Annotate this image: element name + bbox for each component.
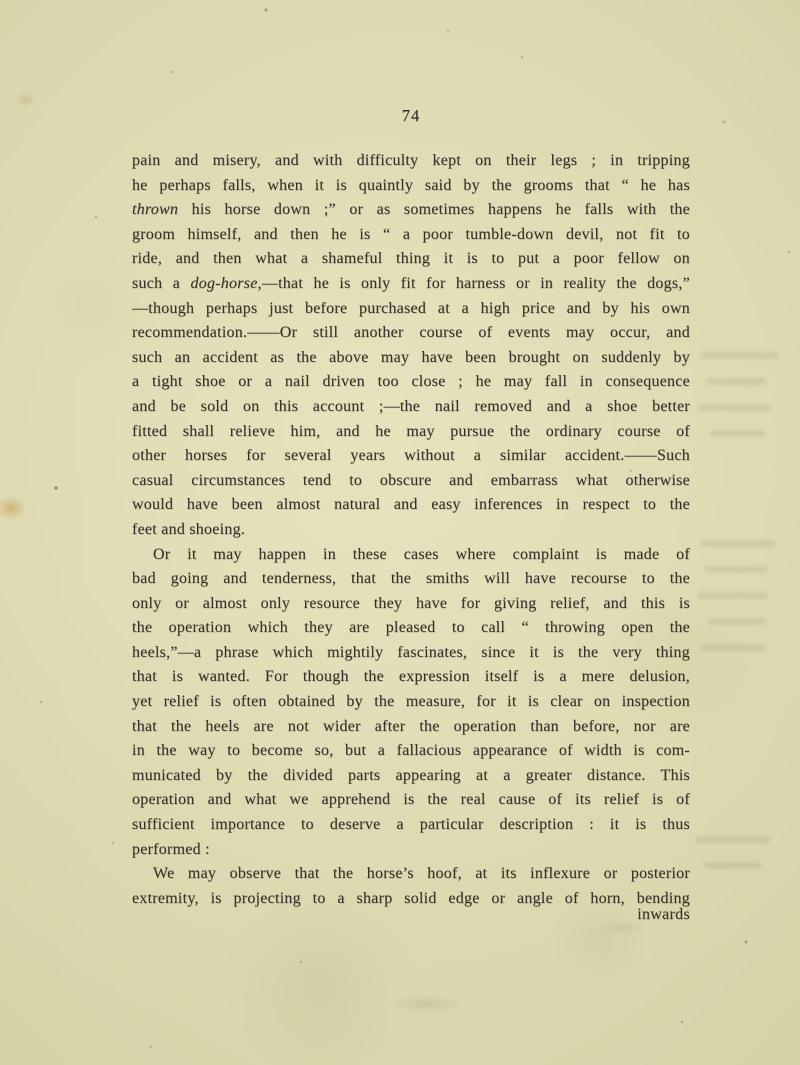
text-segment: casual circumstances tend to obscure and… [132,472,690,489]
text-segment: extremity, is projecting to a sharp soli… [132,890,690,907]
showthrough-mark [705,566,767,573]
text-segment: yet relief is often obtained by the meas… [132,693,690,710]
text-segment: We may observe that the horse’s hoof, at… [153,865,690,882]
text-line: he perhaps falls, when it is quaintly sa… [132,174,690,199]
text-line: pain and misery, and with difficulty kep… [132,149,690,174]
showthrough-mark [710,430,765,437]
text-segment: a tight shoe or a nail driven too close … [132,373,690,390]
text-line: only or almost only resource they have f… [132,592,690,617]
text-line: bad going and tenderness, that the smith… [132,567,690,592]
text-line: sufficient importance to deserve a parti… [132,813,690,838]
text-line: the operation which they are pleased to … [132,616,690,641]
text-line: municated by the divided parts appearing… [132,764,690,789]
showthrough-mark [700,644,766,651]
text-line: that the heels are not wider after the o… [132,715,690,740]
text-segment: groom himself, and then he is “ a poor t… [132,226,690,243]
text-segment: such an accident as the above may have b… [132,349,690,366]
catchword: inwards [637,906,690,924]
text-segment: would have been almost natural and easy … [132,496,690,513]
text-line: such a dog-horse,—that he is only fit fo… [132,272,690,297]
text-line: recommendation.——Or still another course… [132,321,690,346]
foxing-stain [16,92,36,107]
text-segment: the operation which they are pleased to … [132,619,690,636]
italic-text: thrown [132,201,178,218]
text-segment: in the way to become so, but a fallaciou… [132,742,690,759]
text-line: groom himself, and then he is “ a poor t… [132,223,690,248]
text-segment: ride, and then what a shameful thing it … [132,250,690,267]
text-line: operation and what we apprehend is the r… [132,788,690,813]
text-line: such an accident as the above may have b… [132,346,690,371]
text-line: yet relief is often obtained by the meas… [132,690,690,715]
text-segment: feet and shoeing. [132,521,245,538]
text-segment: —though perhaps just before purchased at… [132,300,690,317]
showthrough-mark [698,404,770,411]
text-segment: Or it may happen in these cases where co… [153,546,690,563]
text-segment: fitted shall relieve him, and he may pur… [132,423,690,440]
page-number: 74 [132,106,690,126]
italic-text: dog-horse [190,275,257,292]
text-line: We may observe that the horse’s hoof, at… [132,862,690,887]
text-line: in the way to become so, but a fallaciou… [132,739,690,764]
paper-specks [0,0,2,2]
showthrough-mark [706,378,766,385]
text-line: extremity, is projecting to a sharp soli… [132,887,690,912]
body-text: pain and misery, and with difficulty kep… [132,149,690,911]
text-segment: such a [132,275,190,292]
showthrough-mark [700,352,778,359]
text-segment: he perhaps falls, when it is quaintly sa… [132,177,690,194]
text-segment: heels,”—a phrase which mightily fascinat… [132,644,690,661]
text-line: fitted shall relieve him, and he may pur… [132,420,690,445]
text-line: performed : [132,838,690,863]
text-line: feet and shoeing. [132,518,690,543]
text-line: Or it may happen in these cases where co… [132,543,690,568]
text-line: thrown his horse down ;” or as sometimes… [132,198,690,223]
showthrough-mark [700,540,775,547]
showthrough-mark [696,836,770,843]
text-segment: only or almost only resource they have f… [132,595,690,612]
text-line: —though perhaps just before purchased at… [132,297,690,322]
text-segment: ,—that he is only fit for harness or in … [258,275,690,292]
text-segment: performed : [132,841,210,858]
text-line: a tight shoe or a nail driven too close … [132,370,690,395]
text-line: casual circumstances tend to obscure and… [132,469,690,494]
text-line: ride, and then what a shameful thing it … [132,247,690,272]
text-segment: municated by the divided parts appearing… [132,767,690,784]
text-segment: bad going and tenderness, that the smith… [132,570,690,587]
text-segment: that is wanted. For though the expressio… [132,668,690,685]
paper-smudge [600,922,644,933]
book-page: 74 pain and misery, and with difficulty … [0,0,800,1065]
text-line: that is wanted. For though the expressio… [132,665,690,690]
text-line: other horses for several years without a… [132,444,690,469]
text-segment: his horse down ;” or as sometimes happen… [178,201,690,218]
text-segment: sufficient importance to deserve a parti… [132,816,690,833]
text-line: heels,”—a phrase which mightily fascinat… [132,641,690,666]
text-line: would have been almost natural and easy … [132,493,690,518]
text-segment: that the heels are not wider after the o… [132,718,690,735]
paper-smudge [392,996,462,1012]
text-segment: operation and what we apprehend is the r… [132,791,690,808]
showthrough-mark [698,592,768,599]
showthrough-mark [704,862,762,869]
text-segment: pain and misery, and with difficulty kep… [132,152,690,169]
text-segment: recommendation.——Or still another course… [132,324,690,341]
text-line: and be sold on this account ;—the nail r… [132,395,690,420]
showthrough-mark [708,618,766,625]
text-segment: and be sold on this account ;—the nail r… [132,398,690,415]
text-segment: other horses for several years without a… [132,447,690,464]
